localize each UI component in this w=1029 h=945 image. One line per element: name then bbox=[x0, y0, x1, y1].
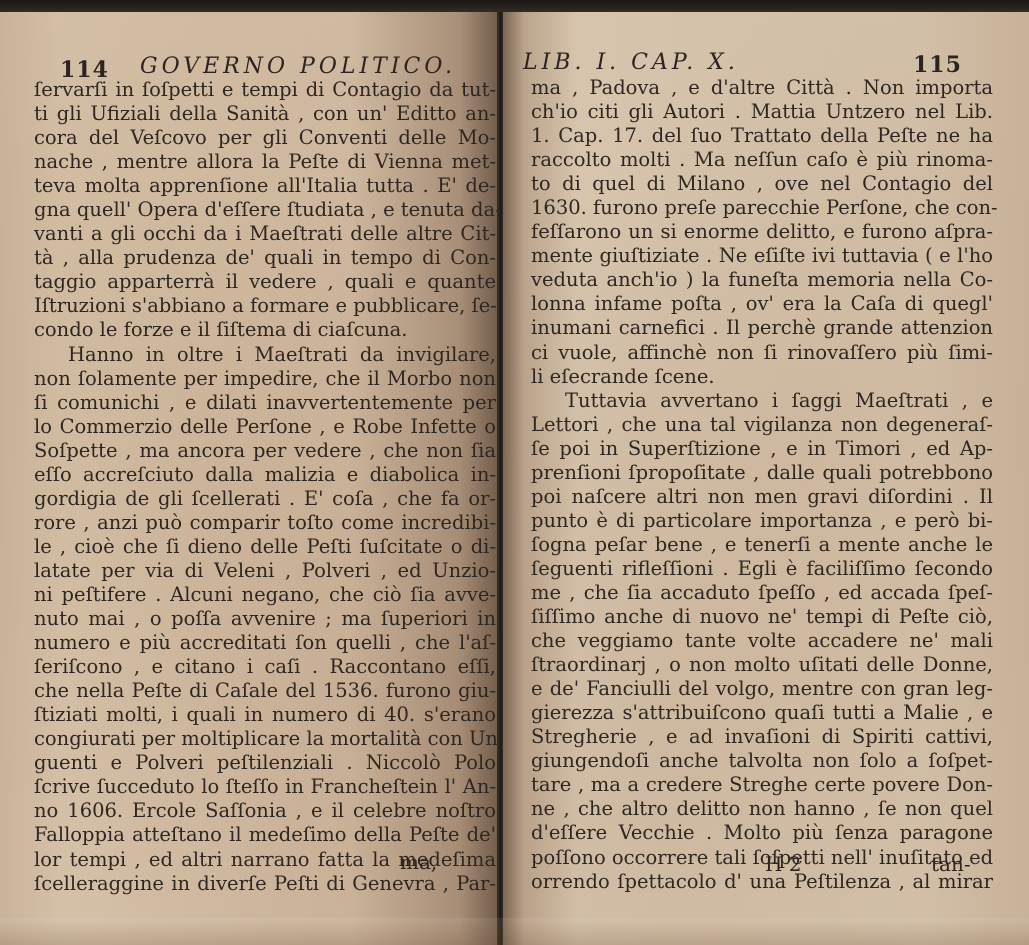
text-line: orrendo ſpettacolo d' una Peſtilenza , a… bbox=[531, 870, 993, 894]
text-line: gna quell' Opera d'eſſere ſtudiata , e t… bbox=[34, 198, 496, 222]
text-line: ch'io citi gli Autori . Mattia Untzero n… bbox=[531, 100, 993, 124]
text-line: ſcelleraggine in diverſe Peſti di Genevr… bbox=[34, 872, 496, 896]
text-line: punto è di particolare importanza , e pe… bbox=[531, 509, 993, 533]
text-line: Iſtruzioni s'abbiano a formare e pubblic… bbox=[34, 294, 496, 318]
text-line: to di quel di Milano , ove nel Contagio … bbox=[531, 172, 993, 196]
text-line: poi naſcere altri non men gravi diſordin… bbox=[531, 485, 993, 509]
text-line: prenſioni ſpropoſitate , dalle quali pot… bbox=[531, 461, 993, 485]
signature-mark: H 2 bbox=[765, 852, 802, 876]
text-line: Hanno in oltre i Maeſtrati da invigilare… bbox=[34, 343, 496, 367]
text-line: ſtiziati molti, i quali in numero di 40.… bbox=[34, 703, 496, 727]
text-line: feſſarono un si enorme delitto, e furono… bbox=[531, 220, 993, 244]
text-line: Tuttavia avvertano i ſaggi Maeſtrati , e bbox=[531, 389, 993, 413]
text-line: guenti e Polveri peſtilenziali . Niccolò… bbox=[34, 751, 496, 775]
text-line: numero e più accreditati ſon quelli , ch… bbox=[34, 631, 496, 655]
text-line: e de' Fanciulli del volgo, mentre con gr… bbox=[531, 677, 993, 701]
text-line: ſervarſi in ſoſpetti e tempi di Contagio… bbox=[34, 78, 496, 102]
text-line: nache , mentre allora la Peſte di Vienna… bbox=[34, 150, 496, 174]
catchword: tan- bbox=[931, 852, 971, 876]
text-line: ti gli Ufiziali della Sanità , con un' E… bbox=[34, 102, 496, 126]
text-line: no 1606. Ercole Saſſonia , e il celebre … bbox=[34, 799, 496, 823]
text-line: che nella Peſte di Caſale del 1536. furo… bbox=[34, 679, 496, 703]
text-line: poſſono occorrere tali ſoſpetti nell' in… bbox=[531, 846, 993, 870]
text-line: eſſo accreſciuto dalla malizia e diaboli… bbox=[34, 463, 496, 487]
text-line: le , cioè che ſi dieno delle Peſti ſuſci… bbox=[34, 535, 496, 559]
text-line: ſcrive ſucceduto lo ſteſſo in Francheſte… bbox=[34, 775, 496, 799]
page-body: ſervarſi in ſoſpetti e tempi di Contagio… bbox=[34, 78, 496, 896]
text-line: li eſecrande ſcene. bbox=[531, 365, 993, 389]
text-line: tare , ma a credere Streghe certe povere… bbox=[531, 773, 993, 797]
text-line: ne , che altro delitto non hanno , ſe no… bbox=[531, 797, 993, 821]
page-bottom-edge bbox=[0, 918, 1029, 945]
text-line: taggio apparterrà il vedere , quali e qu… bbox=[34, 270, 496, 294]
left-page: 114 GOVERNO POLITICO. ſervarſi in ſoſpet… bbox=[0, 12, 500, 945]
text-line: gierezza s'attribuiſcono quaſi tutti a M… bbox=[531, 701, 993, 725]
text-line: condo le forze e il ſiſtema di ciaſcuna. bbox=[34, 318, 496, 342]
text-line: 1630. furono preſe parecchie Perſone, ch… bbox=[531, 196, 993, 220]
text-line: ni peſtifere . Alcuni negano, che ciò ſi… bbox=[34, 583, 496, 607]
text-line: tà , alla prudenza de' quali in tempo di… bbox=[34, 246, 496, 270]
catchword: ma, bbox=[400, 850, 437, 874]
text-line: inumani carnefici . Il perchè grande att… bbox=[531, 316, 993, 340]
text-line: ſiſſimo anche di nuovo ne' tempi di Peſt… bbox=[531, 605, 993, 629]
text-line: ſeriſcono , e citano i caſi . Raccontano… bbox=[34, 655, 496, 679]
text-line: ſe poi in Superſtizione , e in Timori , … bbox=[531, 437, 993, 461]
text-line: Lettori , che una tal vigilanza non dege… bbox=[531, 413, 993, 437]
text-line: Falloppia atteſtano il medeſimo della Pe… bbox=[34, 823, 496, 847]
right-page: LIB. I. CAP. X. 115 ma , Padova , e d'al… bbox=[503, 12, 1029, 945]
text-line: me , che ſia accaduto ſpeſſo , ed accada… bbox=[531, 581, 993, 605]
text-line: latate per via di Veleni , Polveri , ed … bbox=[34, 559, 496, 583]
text-line: cora del Veſcovo per gli Conventi delle … bbox=[34, 126, 496, 150]
text-line: congiurati per moltiplicare la mortalità… bbox=[34, 727, 496, 751]
text-line: teva molta apprenſione all'Italia tutta … bbox=[34, 174, 496, 198]
text-line: ſogna peſar bene , e tenerſi a mente anc… bbox=[531, 533, 993, 557]
text-line: non ſolamente per impedire, che il Morbo… bbox=[34, 367, 496, 391]
text-line: lonna infame poſta , ov' era la Caſa di … bbox=[531, 292, 993, 316]
text-line: gordigia de gli ſcellerati . E' coſa , c… bbox=[34, 487, 496, 511]
text-line: veduta anch'io ) la funeſta memoria nell… bbox=[531, 268, 993, 292]
text-line: Stregherie , e ad invaſioni di Spiriti c… bbox=[531, 725, 993, 749]
text-line: ſeguenti rifleſſioni . Egli è faciliſſim… bbox=[531, 557, 993, 581]
text-line: 1. Cap. 17. del ſuo Trattato della Peſte… bbox=[531, 124, 993, 148]
text-line: vanti a gli occhi da i Maeſtrati delle a… bbox=[34, 222, 496, 246]
text-line: d'eſſere Vecchie . Molto più ſenza parag… bbox=[531, 821, 993, 845]
text-line: rore , anzi può comparir toſto come incr… bbox=[34, 511, 496, 535]
page-body: ma , Padova , e d'altre Città . Non impo… bbox=[531, 76, 993, 894]
text-line: ſi comunichi , e dilati inavvertentement… bbox=[34, 391, 496, 415]
book-spread: 114 GOVERNO POLITICO. ſervarſi in ſoſpet… bbox=[0, 0, 1029, 945]
text-line: Soſpette , ma ancora per vedere , che no… bbox=[34, 439, 496, 463]
text-line: ci vuole, affinchè non ſi rinovaſſero pi… bbox=[531, 341, 993, 365]
text-line: raccolto molti . Ma neſſun caſo è più ri… bbox=[531, 148, 993, 172]
text-line: che veggiamo tante volte accadere ne' ma… bbox=[531, 629, 993, 653]
text-line: ſtraordinarj , o non molto uſitati delle… bbox=[531, 653, 993, 677]
text-line: giungendoſi anche talvolta non ſolo a ſo… bbox=[531, 749, 993, 773]
text-line: lo Commerzio delle Perſone , e Robe Infe… bbox=[34, 415, 496, 439]
text-line: nuto mai , o poſſa avvenire ; ma ſuperio… bbox=[34, 607, 496, 631]
text-line: mente giuſtiziate . Ne eſiſte ivi tuttav… bbox=[531, 244, 993, 268]
text-line: ma , Padova , e d'altre Città . Non impo… bbox=[531, 76, 993, 100]
